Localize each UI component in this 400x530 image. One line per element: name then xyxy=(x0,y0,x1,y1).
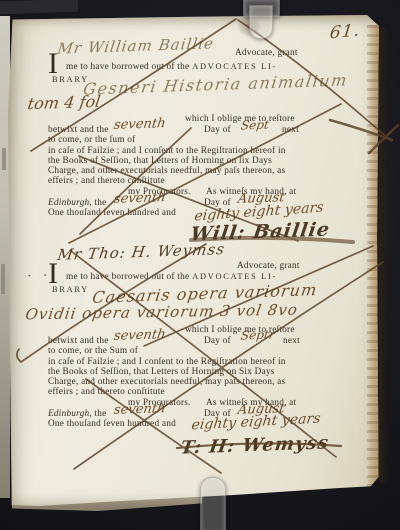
printed-borrowed-line: me to have borrowed out of theADVOCATES … xyxy=(66,272,277,282)
due-day: seventh xyxy=(113,327,167,344)
due-month: Septr xyxy=(240,327,276,342)
printed-oblige-line: which I oblige me to reſtore xyxy=(185,325,295,335)
previous-page-edge xyxy=(0,16,10,498)
printed-failzie-line: in caſe of Failzie ; and I conſent to th… xyxy=(48,357,286,367)
ledger-photograph: 61. Mr William Baillie Advocate, grant I… xyxy=(0,0,400,530)
book-top-edge xyxy=(0,0,78,14)
printed-charge-line: Charge, and other executorials needful, … xyxy=(48,377,285,387)
printed-day-of: Day of xyxy=(204,336,231,346)
borrower-signature: T: H: Wemyss xyxy=(179,432,330,458)
edinburgh-italic: Edinburgh, xyxy=(48,409,92,419)
fore-edge-shadow xyxy=(379,28,388,483)
borrower-name: Mr Tho: H. Weymss xyxy=(56,240,226,264)
printed-next: next xyxy=(283,336,300,346)
printed-thousand-line: One thouſand ſeven hundred and xyxy=(48,419,176,429)
printed-books-line: the Books of Seſſion, that Letters of Ho… xyxy=(48,367,275,377)
borrow-entry-2: . . Mr Tho: H. Weymss Advocate, grant I … xyxy=(8,15,380,509)
printed-edinburgh-line: Edinburgh, the xyxy=(48,409,107,419)
printed-betwixt: betwixt and the xyxy=(48,336,109,346)
printed-brary: BRARY xyxy=(52,285,89,294)
bottom-strap xyxy=(200,477,226,530)
the-word: the xyxy=(95,409,107,419)
book-title-line-2: Ovidii opera variorum 3 vol 8vo xyxy=(24,301,299,324)
advocates-caps: ADVOCATES LI- xyxy=(192,272,277,281)
printed-sum-line: to come, or the Sum of xyxy=(48,346,138,356)
top-strap-tongue xyxy=(249,5,273,39)
signing-day: seventh xyxy=(113,401,167,418)
printed-effeirs-line: effeirs ; and thereto conſtitute xyxy=(48,387,165,397)
borrowed-text: me to have borrowed out of the xyxy=(66,272,189,282)
printed-advocate-grant: Advocate, grant xyxy=(237,261,300,271)
manuscript-page: 61. Mr William Baillie Advocate, grant I… xyxy=(8,15,380,509)
